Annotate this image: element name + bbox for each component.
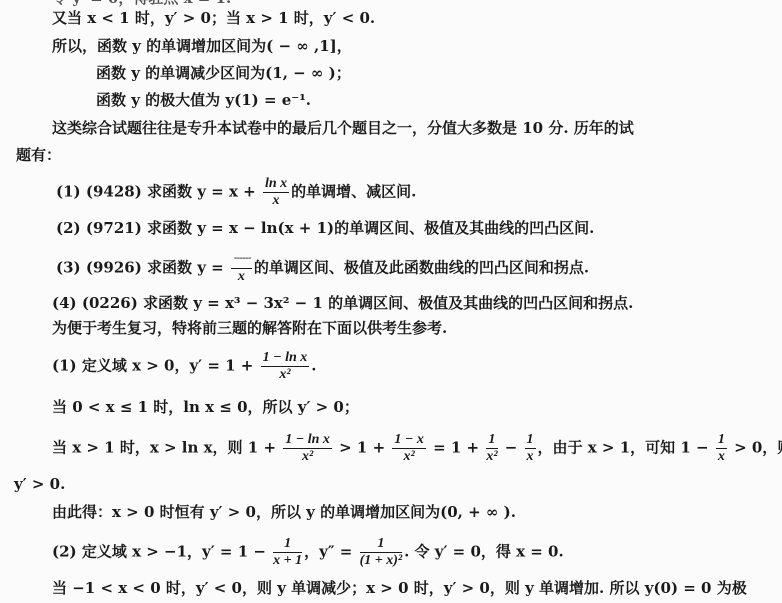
numerator: 1 — [273, 536, 302, 553]
question-text: (1) (9428) 求函数 y = x + — [56, 183, 261, 201]
numerator: ln x — [263, 176, 289, 193]
denominator: x — [525, 449, 536, 465]
fraction: 1x — [525, 432, 536, 465]
question-4: (4) (0226) 求函数 y = x³ − 3x² − 1 的单调区间、极值… — [52, 293, 633, 313]
solution-text: . — [311, 357, 316, 375]
numerator: 1 − ln x — [261, 350, 310, 367]
question-2: (2) (9721) 求函数 y = x − ln(x + 1)的单调区间、极值… — [56, 218, 594, 238]
fraction: 1 − ln xx² — [261, 350, 310, 383]
question-1: (1) (9428) 求函数 y = x + ln xx的单调增、减区间. — [56, 176, 416, 209]
solution-text: = 1 + — [428, 439, 484, 457]
numerator: 1 — [525, 432, 536, 449]
solution-text: ，y″ = — [304, 543, 357, 561]
fraction: 1x — [716, 432, 727, 465]
text-line: 函数 y 的单调减少区间为(1, − ∞ )； — [96, 63, 351, 83]
solution-text: (2) 定义域 x > −1，y′ = 1 − — [52, 543, 271, 561]
denominator: x — [716, 449, 727, 465]
solution-text: 当 x > 1 时，x > ln x，则 1 + — [52, 439, 281, 457]
numerator: 1 − x — [392, 432, 425, 449]
denominator: x² — [261, 367, 310, 383]
solution-1-line: 当 0 < x ≤ 1 时，ln x ≤ 0，所以 y′ > 0； — [52, 397, 359, 417]
question-text: 的单调增、减区间. — [291, 183, 416, 201]
solution-2-line: (2) 定义域 x > −1，y′ = 1 − 1x + 1，y″ = 1(1 … — [52, 536, 564, 569]
solution-text: − — [500, 439, 523, 457]
denominator: x² — [283, 449, 332, 465]
denominator: x — [263, 193, 289, 209]
denominator: (1 + x)² — [360, 553, 403, 569]
paragraph-line: 为便于考生复习，特将前三题的解答附在下面以供考生参考. — [52, 318, 447, 338]
solution-1-line: 由此得：x > 0 时恒有 y′ > 0，所以 y 的单调增加区间为(0, + … — [52, 502, 516, 522]
solution-text: > 1 + — [334, 439, 390, 457]
denominator: x² — [392, 449, 425, 465]
numerator: 1 — [360, 536, 403, 553]
fraction: 1 − ln xx² — [283, 432, 332, 465]
fraction: ┄┄x — [231, 252, 252, 285]
denominator: x + 1 — [273, 553, 302, 569]
denominator: x² — [486, 449, 497, 465]
solution-text: > 0，则 — [729, 439, 782, 457]
question-text: 的单调区间、极值及此函数曲线的凹凸区间和拐点. — [254, 259, 589, 277]
fraction: ln xx — [263, 176, 289, 209]
fraction: 1x² — [486, 432, 497, 465]
numerator: 1 — [486, 432, 497, 449]
numerator: 1 − ln x — [283, 432, 332, 449]
solution-1-line: 当 x > 1 时，x > ln x，则 1 + 1 − ln xx² > 1 … — [52, 432, 782, 465]
text-line: 所以，函数 y 的单调增加区间为( − ∞ ,1]， — [52, 36, 352, 56]
paragraph-line: 这类综合试题往往是专升本试卷中的最后几个题目之一，分值大多数是 10 分. 历年… — [52, 118, 634, 138]
solution-text: ，由于 x > 1，可知 1 − — [538, 439, 714, 457]
question-3: (3) (9926) 求函数 y = ┄┄x的单调区间、极值及此函数曲线的凹凸区… — [56, 252, 589, 285]
solution-text: (1) 定义域 x > 0，y′ = 1 + — [52, 357, 259, 375]
paragraph-line: 题有： — [16, 145, 61, 165]
numerator: ┄┄ — [231, 252, 252, 269]
question-text: (3) (9926) 求函数 y = — [56, 259, 229, 277]
text-line: 又当 x < 1 时，y′ > 0；当 x > 1 时，y′ < 0. — [52, 8, 375, 28]
solution-1-line: (1) 定义域 x > 0，y′ = 1 + 1 − ln xx². — [52, 350, 317, 383]
fraction: 1 − xx² — [392, 432, 425, 465]
text-line: 函数 y 的极大值为 y(1) = e⁻¹. — [96, 90, 311, 110]
fraction: 1x + 1 — [273, 536, 302, 569]
denominator: x — [231, 269, 252, 285]
solution-1-line: y′ > 0. — [14, 474, 65, 494]
numerator: 1 — [716, 432, 727, 449]
fraction: 1(1 + x)² — [360, 536, 403, 569]
solution-text: . 令 y′ = 0，得 x = 0. — [404, 543, 564, 561]
solution-2-line: 当 −1 < x < 0 时，y′ < 0，则 y 单调减少；x > 0 时，y… — [52, 578, 747, 598]
clipped-top-line: 令 y′ = 0，得驻点 x = 1. — [52, 0, 231, 8]
